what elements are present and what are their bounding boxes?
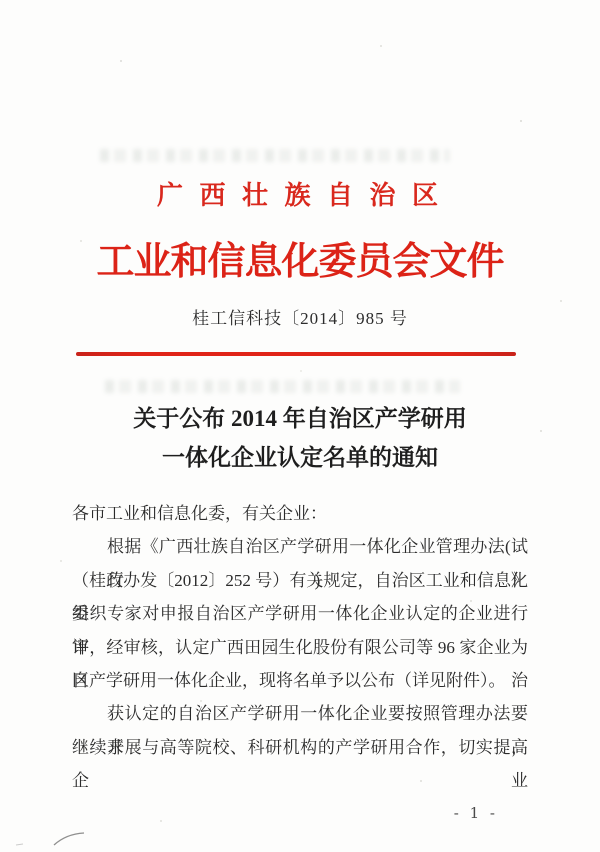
body-line: 根据《广西壮族自治区产学研用一体化企业管理办法(试行)》 (72, 530, 528, 563)
body-line-salutation: 各市工业和信息化委，有关企业： (72, 497, 528, 530)
scanned-document-page: 广 西 壮 族 自 治 区 工业和信息化委员会文件 桂工信科技〔2014〕985… (0, 0, 600, 852)
body-line: （桂政办发〔2012〕252 号）有关规定，自治区工业和信息化委 (72, 564, 528, 597)
body-line: 继续开展与高等院校、科研机构的产学研用合作，切实提高企业 (72, 731, 528, 764)
body-line: 审，经审核，认定广西田园生化股份有限公司等 96 家企业为自治 (72, 631, 528, 664)
bleed-through-artifact-middle (105, 380, 460, 393)
body-line: 获认定的自治区产学研用一体化企业要按照管理办法要求， (72, 697, 528, 730)
bleed-through-artifact-top (100, 149, 450, 162)
letterhead-committee-name: 工业和信息化委员会文件 (0, 230, 600, 285)
page-number: - 1 - (454, 804, 498, 822)
document-body: 各市工业和信息化委，有关企业： 根据《广西壮族自治区产学研用一体化企业管理办法(… (72, 497, 528, 764)
document-title-line1: 关于公布 2014 年自治区产学研用 (0, 399, 600, 438)
letterhead-divider-rule (76, 352, 516, 356)
document-title: 关于公布 2014 年自治区产学研用 一体化企业认定名单的通知 (0, 399, 600, 477)
document-title-line2: 一体化企业认定名单的通知 (0, 438, 600, 477)
scan-stray-mark (8, 826, 98, 850)
document-reference-number: 桂工信科技〔2014〕985 号 (0, 304, 600, 329)
letterhead-region-name: 广 西 壮 族 自 治 区 (0, 175, 600, 212)
body-line: 组织专家对申报自治区产学研用一体化企业认定的企业进行评 (72, 597, 528, 630)
scan-noise-speckles (0, 0, 2, 2)
body-line: 区产学研用一体化企业，现将名单予以公布（详见附件）。 (72, 664, 528, 697)
